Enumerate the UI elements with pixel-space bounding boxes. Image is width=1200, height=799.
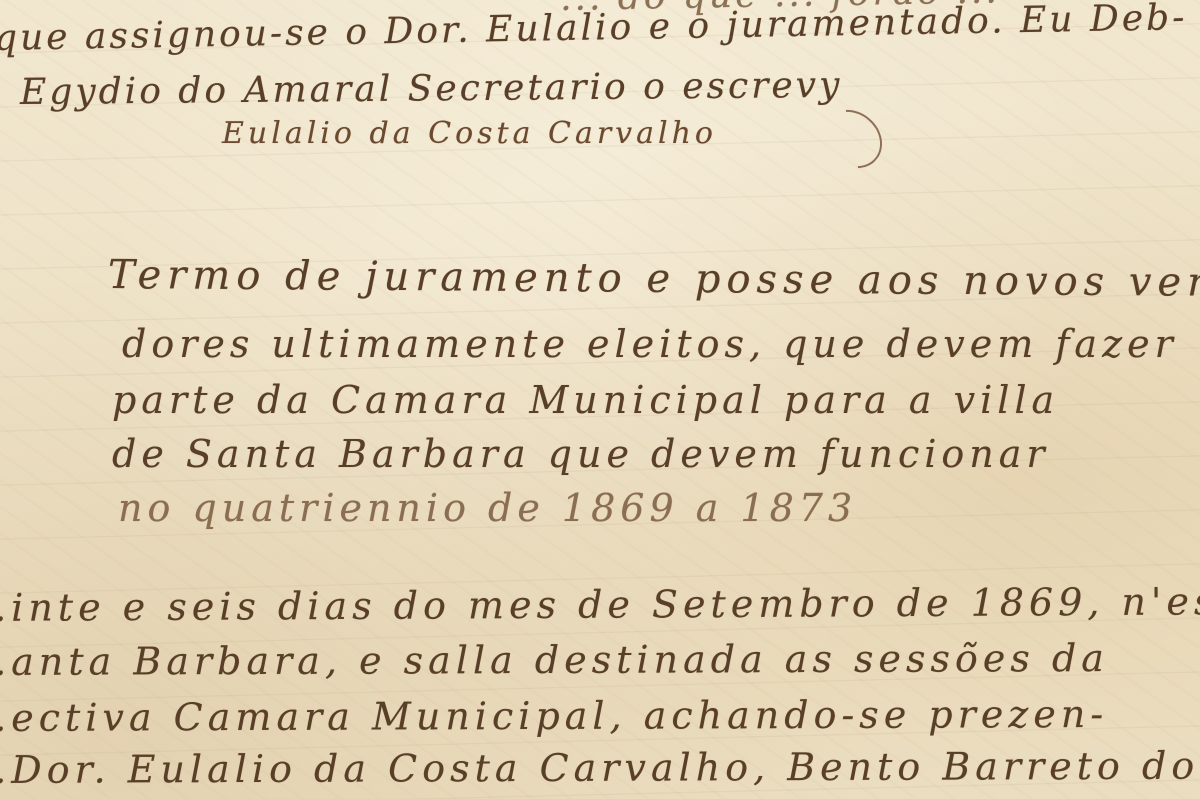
heading-line-1: Termo de juramento e posse aos novos ver… xyxy=(108,252,1200,306)
signature-flourish xyxy=(810,98,894,181)
entry-line-4: ...Dor. Eulalio da Costa Carvalho, Bento… xyxy=(0,744,1199,792)
signature: Eulalio da Costa Carvalho xyxy=(222,116,717,151)
heading-line-2: dores ultimamente eleitos, que devem faz… xyxy=(122,322,1178,366)
heading-line-3: parte da Camara Municipal para a villa xyxy=(112,378,1059,422)
heading-line-4: de Santa Barbara que devem funcionar xyxy=(112,432,1050,476)
previous-entry-line-3: Egydio do Amaral Secretario o escrevy xyxy=(20,65,843,113)
heading-line-5: no quatriennio de 1869 a 1873 xyxy=(118,486,857,530)
entry-line-1: ...inte e seis dias do mes de Setembro d… xyxy=(0,578,1200,630)
entry-line-2: ...anta Barbara, e salla destinada as se… xyxy=(0,636,1109,684)
manuscript-page: ... do que ... forão ... que assignou-se… xyxy=(0,0,1200,799)
previous-entry-line-2: que assignou-se o Dor. Eulalio e o juram… xyxy=(0,0,1188,59)
entry-line-3: ...ectiva Camara Municipal, achando-se p… xyxy=(0,692,1108,740)
